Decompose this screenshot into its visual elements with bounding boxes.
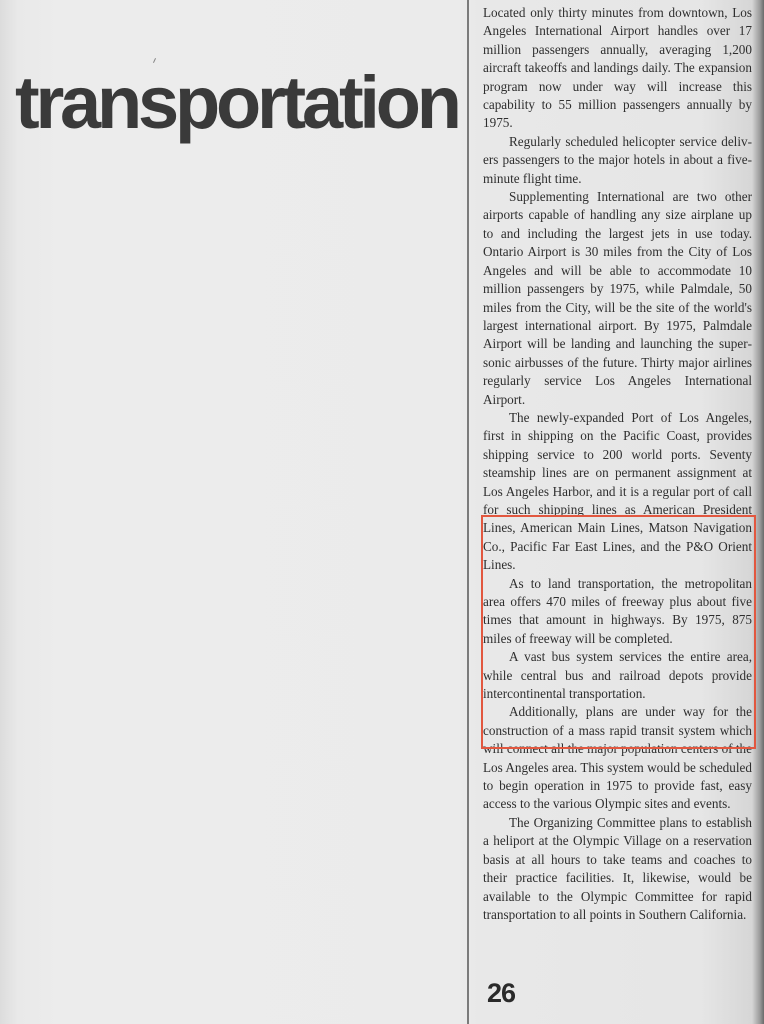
- paragraph-other-airports: Supplementing International are two othe…: [483, 188, 752, 409]
- paragraph-land-transportation: As to land transportation, the metropoli…: [483, 575, 752, 649]
- column-divider: [467, 0, 469, 1024]
- paragraph-bus-system: A vast bus system services the entire ar…: [483, 648, 752, 703]
- page-number: 26: [487, 980, 515, 1007]
- article-column: Located only thirty minutes from downtow…: [483, 4, 752, 924]
- page-title: transportation: [15, 66, 458, 140]
- paragraph-helicopter-service: Regularly scheduled helicopter service d…: [483, 133, 752, 188]
- paragraph-port-of-los-angeles: The newly-expanded Port of Los Angeles, …: [483, 409, 752, 575]
- paragraph-airport-lax: Located only thirty minutes from downtow…: [483, 4, 752, 133]
- paragraph-olympic-heliport: The Organizing Committee plans to establ…: [483, 814, 752, 924]
- paragraph-rapid-transit: Additionally, plans are under way for th…: [483, 703, 752, 813]
- document-page: transportation Located only thirty minut…: [0, 0, 764, 1024]
